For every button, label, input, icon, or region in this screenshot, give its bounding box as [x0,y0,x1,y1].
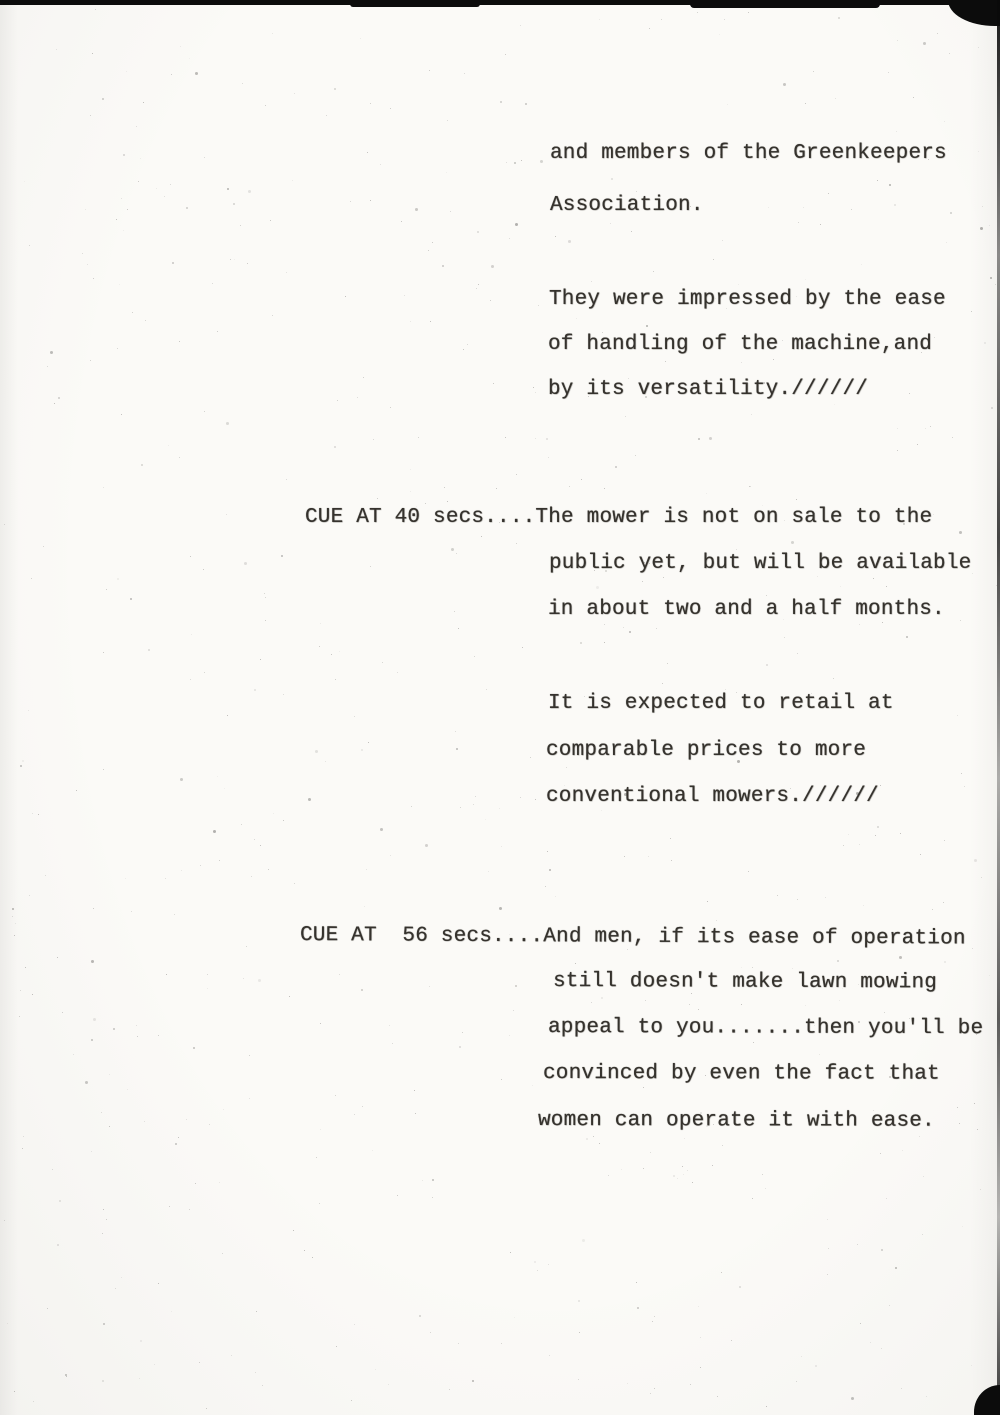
scan-edge-top-accent [690,0,880,8]
typed-line: still doesn't make lawn mowing [553,970,937,994]
typed-line-cue: CUE AT 40 secs....The mower is not on sa… [305,506,932,529]
typed-line: in about two and a half months. [548,598,945,621]
typed-line: They were impressed by the ease [549,288,946,311]
typed-line: convinced by even the fact that [543,1062,940,1086]
typed-line-cue: CUE AT 56 secs....And men, if its ease o… [300,924,966,950]
scanned-document-page: and members of the Greenkeepers Associat… [0,0,1000,1415]
typed-line: comparable prices to more [546,739,866,762]
typed-line: It is expected to retail at [548,692,894,715]
typed-line: and members of the Greenkeepers [550,142,947,165]
typed-line: public yet, but will be available [549,552,971,575]
typed-line: appeal to you.......then you'll be [548,1016,983,1040]
typed-text-layer: and members of the Greenkeepers Associat… [0,0,1000,1415]
typed-line: Association. [550,194,704,217]
typed-line: women can operate it with ease. [538,1109,935,1133]
typed-line: of handling of the machine,and [548,333,932,356]
typed-line: by its versatility.////// [548,378,868,401]
scan-edge-top-accent [350,0,480,7]
typed-line: conventional mowers.////// [546,785,879,808]
